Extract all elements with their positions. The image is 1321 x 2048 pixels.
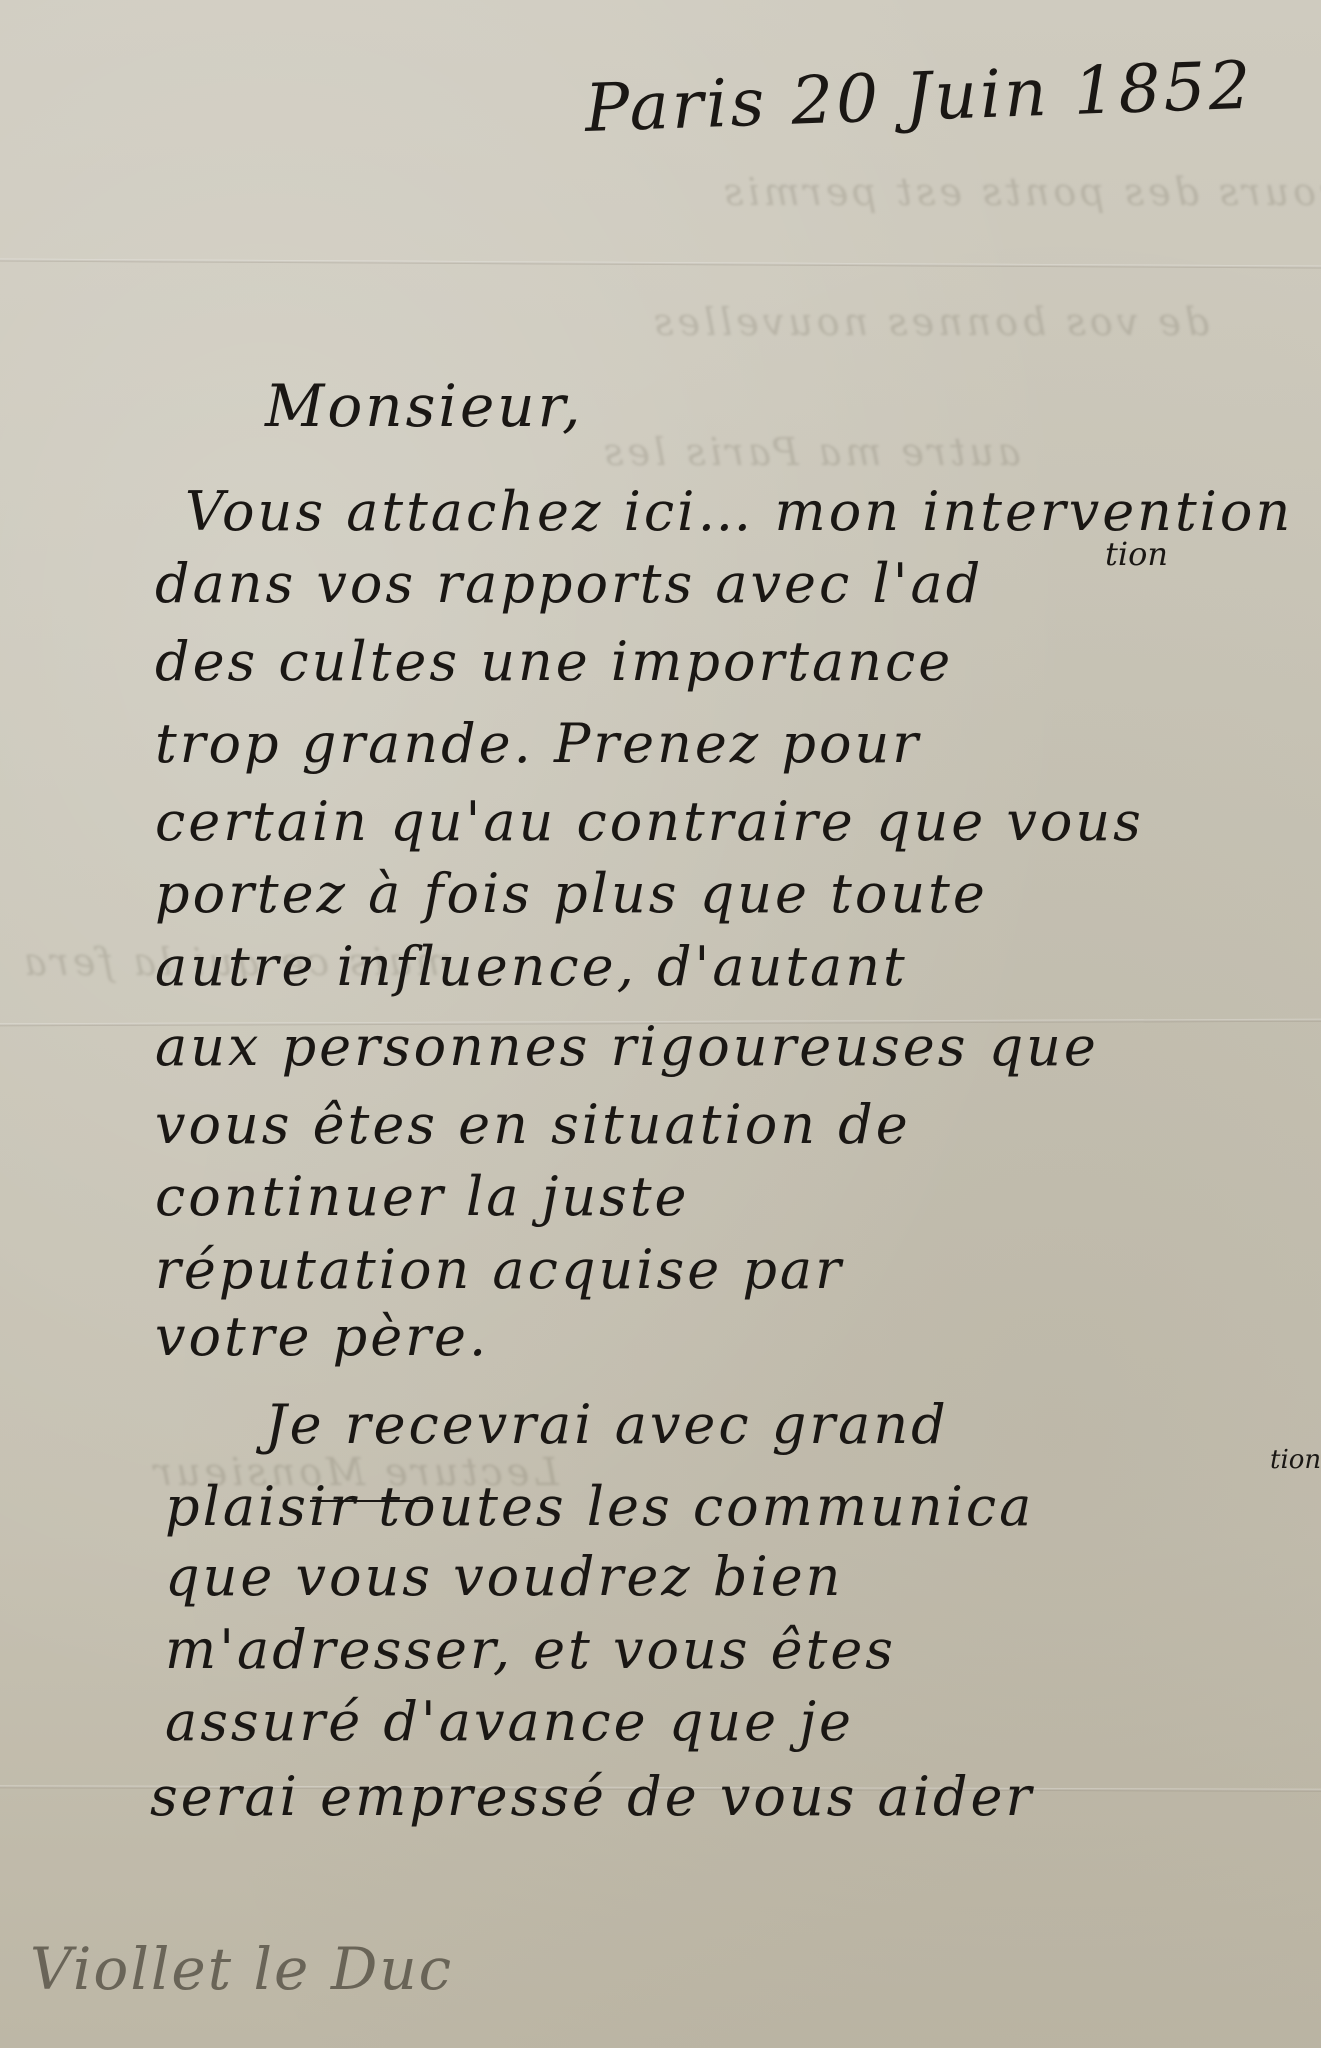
letter-line: portez à fois plus que toute	[155, 862, 988, 925]
letter-line: plaisir toutes les communica	[165, 1475, 1034, 1538]
letter-line: votre père.	[155, 1305, 489, 1368]
pencil-annotation-author: Viollet le Duc	[30, 1935, 453, 2003]
superscript-insertion: tion	[1105, 535, 1168, 573]
letter-line: des cultes une importance	[155, 630, 953, 693]
letter-line: serai empressé de vous aider	[150, 1765, 1034, 1828]
letter-line: dans vos rapports avec l'ad	[155, 552, 983, 615]
bleed-through-text: autre ma Paris les	[600, 430, 1020, 474]
letter-line: aux personnes rigoureuses que	[155, 1015, 1099, 1078]
superscript-insertion: tions	[1270, 1445, 1321, 1475]
bleed-through-text: le cours des ponts est permis	[720, 170, 1321, 214]
letter-line: que vous voudrez bien	[165, 1545, 843, 1608]
letter-line: Vous attachez ici… mon intervention	[185, 480, 1293, 543]
paper-fold-crease	[0, 259, 1321, 269]
letter-line: trop grande. Prenez pour	[155, 712, 921, 775]
letter-paper: le cours des ponts est permis de vos bon…	[0, 0, 1321, 2048]
letter-salutation: Monsieur,	[265, 372, 583, 440]
letter-line: continuer la juste	[155, 1165, 690, 1228]
letter-line: certain qu'au contraire que vous	[155, 790, 1144, 853]
letter-line: Je recevrai avec grand	[265, 1393, 949, 1456]
strikethrough-mark	[310, 1500, 430, 1502]
bleed-through-text: de vos bonnes nouvelles	[650, 300, 1209, 344]
letter-line: assuré d'avance que je	[165, 1690, 854, 1753]
letter-line: vous êtes en situation de	[155, 1093, 911, 1156]
letter-dateline: Paris 20 Juin 1852	[584, 47, 1255, 147]
letter-line: réputation acquise par	[155, 1238, 844, 1301]
letter-line: m'adresser, et vous êtes	[165, 1618, 896, 1681]
letter-line: autre influence, d'autant	[155, 935, 908, 998]
